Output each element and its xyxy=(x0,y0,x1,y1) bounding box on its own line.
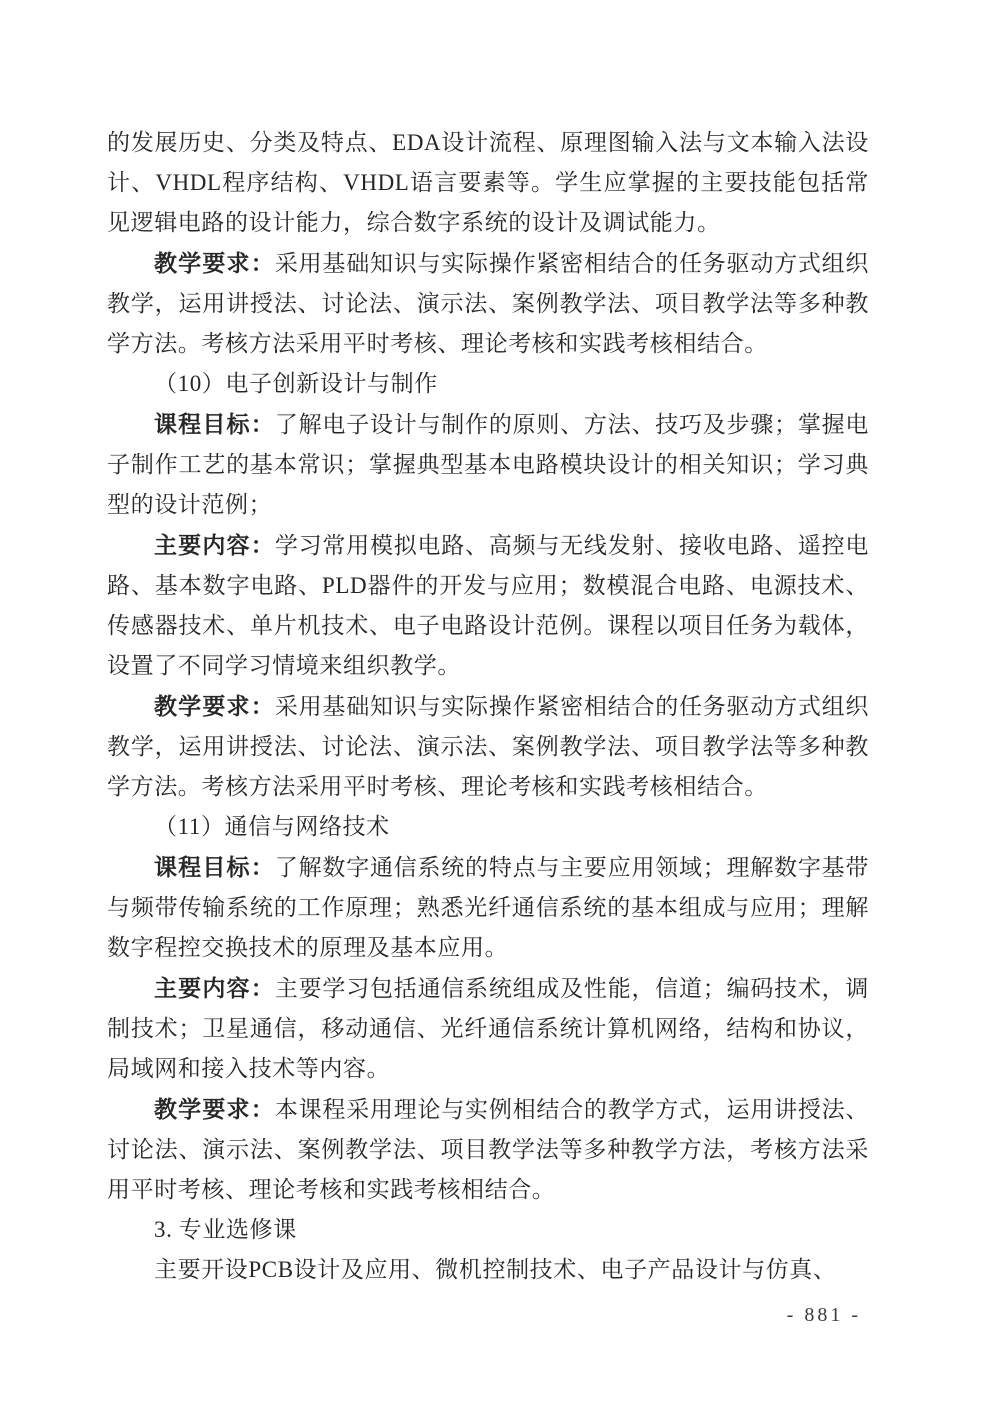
paragraph-main-content-11: 主要内容：主要学习包括通信系统组成及性能，信道；编码技术，调制技术；卫星通信，移… xyxy=(107,968,869,1089)
paragraph-course-objectives-10: 课程目标：了解电子设计与制作的原则、方法、技巧及步骤；掌握电子制作工艺的基本常识… xyxy=(107,404,869,525)
paragraph-label-teaching-requirements: 教学要求： xyxy=(154,693,275,719)
paragraph-label-course-objectives: 课程目标： xyxy=(154,854,275,880)
page-number: - 881 - xyxy=(787,1303,861,1327)
paragraph-main-content-10: 主要内容：学习常用模拟电路、高频与无线发射、接收电路、遥控电路、基本数字电路、P… xyxy=(107,525,869,686)
section-heading-11-communication-network: （11）通信与网络技术 xyxy=(107,807,869,847)
paragraph-label-main-content: 主要内容： xyxy=(154,532,275,558)
paragraph-label-teaching-requirements: 教学要求： xyxy=(154,250,275,276)
paragraph-elective-courses-intro: 主要开设PCB设计及应用、微机控制技术、电子产品设计与仿真、 xyxy=(107,1250,869,1290)
paragraph-label-main-content: 主要内容： xyxy=(154,975,275,1001)
section-heading-10-electronic-innovation: （10）电子创新设计与制作 xyxy=(107,364,869,404)
paragraph-teaching-requirements-eda: 教学要求：采用基础知识与实际操作紧密相结合的任务驱动方式组织教学，运用讲授法、讨… xyxy=(107,243,869,364)
paragraph-teaching-requirements-10: 教学要求：采用基础知识与实际操作紧密相结合的任务驱动方式组织教学，运用讲授法、讨… xyxy=(107,686,869,807)
paragraph-label-course-objectives: 课程目标： xyxy=(154,411,275,437)
document-body: 的发展历史、分类及特点、EDA设计流程、原理图输入法与文本输入法设计、VHDL程… xyxy=(107,123,869,1290)
paragraph-continuation: 的发展历史、分类及特点、EDA设计流程、原理图输入法与文本输入法设计、VHDL程… xyxy=(107,123,869,243)
document-page: 的发展历史、分类及特点、EDA设计流程、原理图输入法与文本输入法设计、VHDL程… xyxy=(0,0,1000,1414)
section-heading-3-elective-courses: 3. 专业选修课 xyxy=(107,1210,869,1250)
paragraph-course-objectives-11: 课程目标：了解数字通信系统的特点与主要应用领域；理解数字基带与频带传输系统的工作… xyxy=(107,847,869,968)
paragraph-teaching-requirements-11: 教学要求：本课程采用理论与实例相结合的教学方式，运用讲授法、讨论法、演示法、案例… xyxy=(107,1089,869,1210)
paragraph-label-teaching-requirements: 教学要求： xyxy=(154,1096,275,1122)
